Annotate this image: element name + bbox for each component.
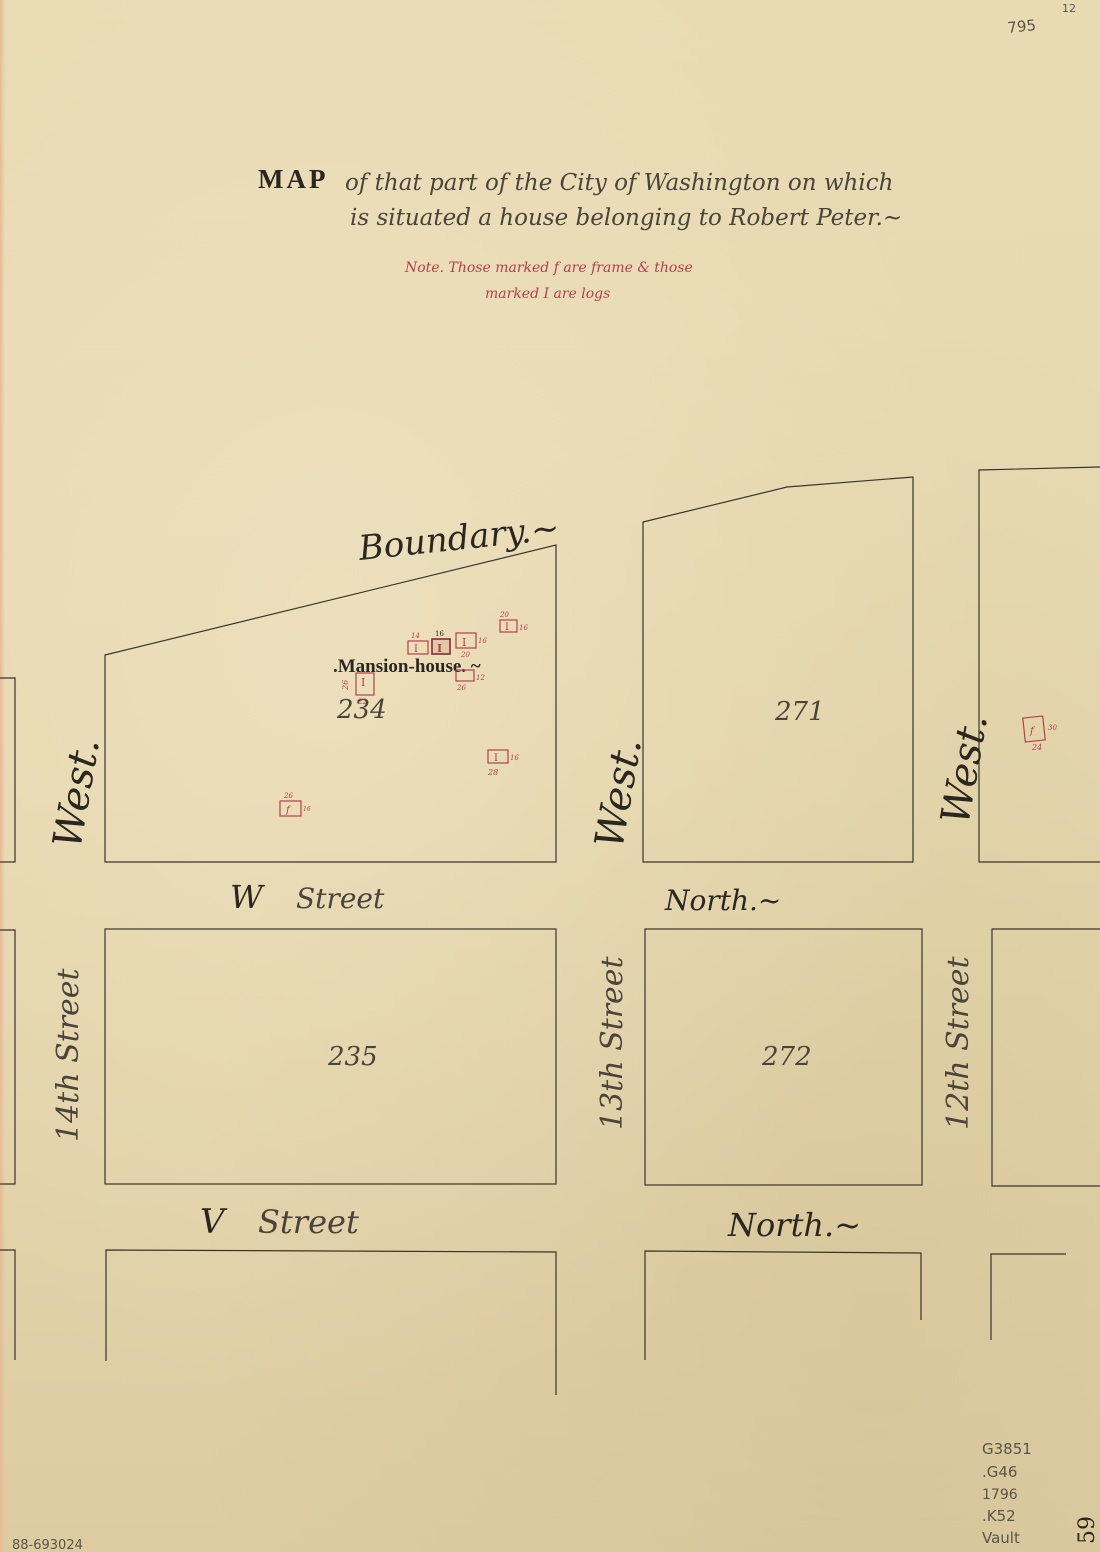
svg-text:I: I [437, 642, 442, 655]
mansion-house-label: .Mansion-house. ~ [333, 656, 481, 677]
svg-text:20: 20 [460, 651, 470, 659]
street-14-label: 14th Street [51, 967, 86, 1142]
sheet-mark: 59 [1075, 1516, 1100, 1544]
title-lead: MAP [258, 164, 328, 194]
block-fragment-right-upper [979, 467, 1100, 862]
svg-text:12: 12 [476, 674, 485, 682]
map-canvas: 795 12 MAP of that part of the City of W… [0, 0, 1100, 1552]
west-label-right: West. [933, 711, 998, 828]
building-frame: f 26 16 [280, 792, 311, 816]
svg-text:I: I [361, 676, 365, 689]
catalog-mark-top: 12 [1062, 2, 1076, 15]
block-lower-middle [645, 1251, 921, 1360]
svg-text:26: 26 [456, 684, 466, 692]
svg-text:16: 16 [519, 624, 528, 632]
legend-note: Note. Those marked f are frame & those m… [404, 260, 693, 302]
note-line-1: Note. Those marked f are frame & those [404, 260, 693, 276]
call-number-line: 1796 [982, 1487, 1018, 1503]
catalog-number-top: 795 [1007, 16, 1037, 37]
building-frame: f 30 24 [1023, 716, 1058, 752]
west-label-middle: West. [587, 735, 652, 852]
v-street-letter: V [200, 1202, 228, 1242]
svg-text:14: 14 [411, 632, 420, 640]
svg-text:22: 22 [357, 698, 367, 706]
square-number-271: 271 [774, 697, 825, 727]
block-fragment-left-lower [0, 1250, 15, 1360]
block-lower-right [991, 1254, 1066, 1340]
block-fragment-left-upper [0, 678, 15, 862]
building-log: I 20 16 [499, 611, 528, 633]
note-line-2: marked I are logs [485, 286, 610, 302]
svg-text:16: 16 [303, 806, 311, 813]
svg-text:28: 28 [487, 768, 498, 777]
call-number-line: .K52 [982, 1507, 1016, 1525]
call-number-line: G3851 [982, 1440, 1032, 1458]
w-street-letter: W [230, 878, 266, 916]
svg-text:30: 30 [1048, 724, 1057, 732]
block-lower-left [106, 1250, 556, 1395]
boundary-label: Boundary.~ [356, 508, 562, 569]
square-number-235: 235 [327, 1042, 378, 1072]
svg-text:I: I [462, 636, 466, 649]
v-street-north: North.~ [727, 1206, 861, 1244]
w-street-north: North.~ [664, 884, 781, 917]
title-line-1: of that part of the City of Washington o… [345, 170, 893, 196]
title-line-2: is situated a house belonging to Robert … [350, 205, 902, 231]
svg-text:26: 26 [283, 792, 293, 800]
svg-text:I: I [494, 753, 498, 764]
block-fragment-left-middle [0, 930, 15, 1184]
svg-text:I: I [414, 644, 418, 655]
svg-text:16: 16 [510, 754, 519, 762]
street-13-label: 13th Street [595, 955, 630, 1130]
svg-text:24: 24 [1031, 743, 1042, 752]
svg-text:16: 16 [478, 637, 487, 645]
building-log: I 16 28 [487, 750, 519, 777]
block-fragment-right-middle [992, 929, 1100, 1186]
building-log: I 14 [408, 632, 428, 655]
svg-text:I: I [505, 622, 509, 633]
svg-text:f: f [1029, 726, 1036, 737]
accession-id: 88-693024 [12, 1538, 83, 1552]
svg-text:16: 16 [435, 630, 444, 638]
square-271-outline [643, 477, 913, 862]
building-log: I 16 [432, 630, 450, 655]
v-street-word: Street [258, 1203, 359, 1241]
call-number-line: Vault [982, 1529, 1020, 1547]
map-title: MAP of that part of the City of Washingt… [258, 164, 902, 231]
svg-text:26: 26 [341, 680, 350, 691]
street-12-label: 12th Street [941, 955, 976, 1130]
west-label-left: West. [45, 735, 110, 852]
square-number-272: 272 [761, 1042, 812, 1072]
svg-text:f: f [285, 805, 292, 816]
w-street-word: Street [296, 882, 385, 915]
call-number-line: .G46 [982, 1463, 1017, 1481]
svg-text:20: 20 [499, 611, 509, 619]
square-234-outline [105, 545, 556, 862]
call-number: G3851 .G46 1796 .K52 Vault [982, 1440, 1032, 1547]
